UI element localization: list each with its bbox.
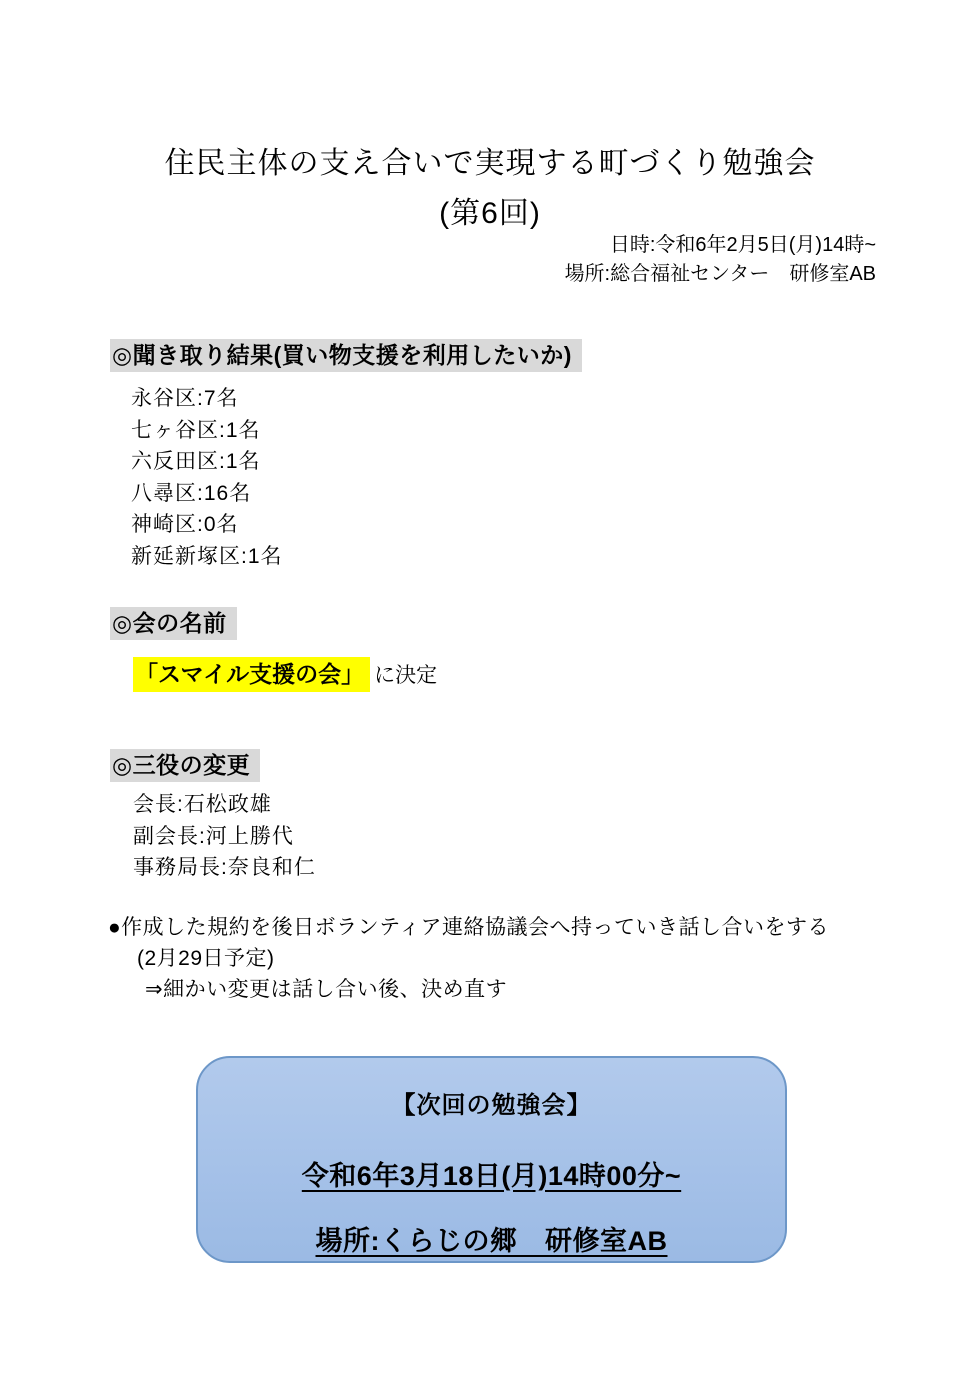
officer-item: 副会長:河上勝代 [133, 821, 316, 853]
meeting-location: 場所:総合福祉センター 研修室AB [565, 260, 876, 289]
officers-list: 会長:石松政雄 副会長:河上勝代 事務局長:奈良和仁 [133, 789, 316, 884]
survey-result-item: 神崎区:0名 [131, 509, 283, 541]
section-heading-group-name: ◎会の名前 [110, 605, 237, 638]
document-title: 住民主体の支え合いで実現する町づくり勉強会 [0, 138, 980, 182]
note-arrow: ⇒細かい変更は話し合い後、決め直す [108, 974, 829, 1005]
next-meeting-location: 場所:くらじの郷 研修室AB [198, 1219, 785, 1258]
officer-item: 会長:石松政雄 [133, 789, 316, 821]
section-heading-survey: ◎聞き取り結果(買い物支援を利用したいか) [110, 337, 582, 370]
section-heading-officers: ◎三役の変更 [110, 747, 260, 780]
survey-result-item: 八尋区:16名 [131, 478, 283, 510]
survey-results-list: 永谷区:7名 七ヶ谷区:1名 六反田区:1名 八尋区:16名 神崎区:0名 新延… [131, 383, 283, 572]
survey-result-item: 六反田区:1名 [131, 446, 283, 478]
note-bullet-sub: (2月29日予定) [108, 943, 829, 974]
survey-result-item: 七ヶ谷区:1名 [131, 415, 283, 447]
notes-block: ●作成した規約を後日ボランティア連絡協議会へ持っていき話し合いをする (2月29… [108, 912, 829, 1005]
survey-result-item: 新延新塚区:1名 [131, 541, 283, 573]
note-bullet: ●作成した規約を後日ボランティア連絡協議会へ持っていき話し合いをする [108, 912, 829, 943]
group-name-highlighted: 「スマイル支援の会」 [133, 657, 370, 692]
document-page: 住民主体の支え合いで実現する町づくり勉強会 (第6回) 日時:令和6年2月5日(… [0, 0, 980, 1386]
meeting-meta: 日時:令和6年2月5日(月)14時~ 場所:総合福祉センター 研修室AB [565, 231, 876, 289]
next-meeting-datetime: 令和6年3月18日(月)14時00分~ [198, 1154, 785, 1193]
group-name-suffix: に決定 [370, 664, 437, 687]
officer-item: 事務局長:奈良和仁 [133, 852, 316, 884]
meeting-datetime: 日時:令和6年2月5日(月)14時~ [565, 231, 876, 260]
survey-result-item: 永谷区:7名 [131, 383, 283, 415]
next-meeting-box: 【次回の勉強会】 令和6年3月18日(月)14時00分~ 場所:くらじの郷 研修… [196, 1056, 787, 1263]
next-meeting-title: 【次回の勉強会】 [198, 1085, 785, 1120]
group-name-line: 「スマイル支援の会」に決定 [133, 656, 437, 689]
document-title-session: (第6回) [0, 188, 980, 232]
